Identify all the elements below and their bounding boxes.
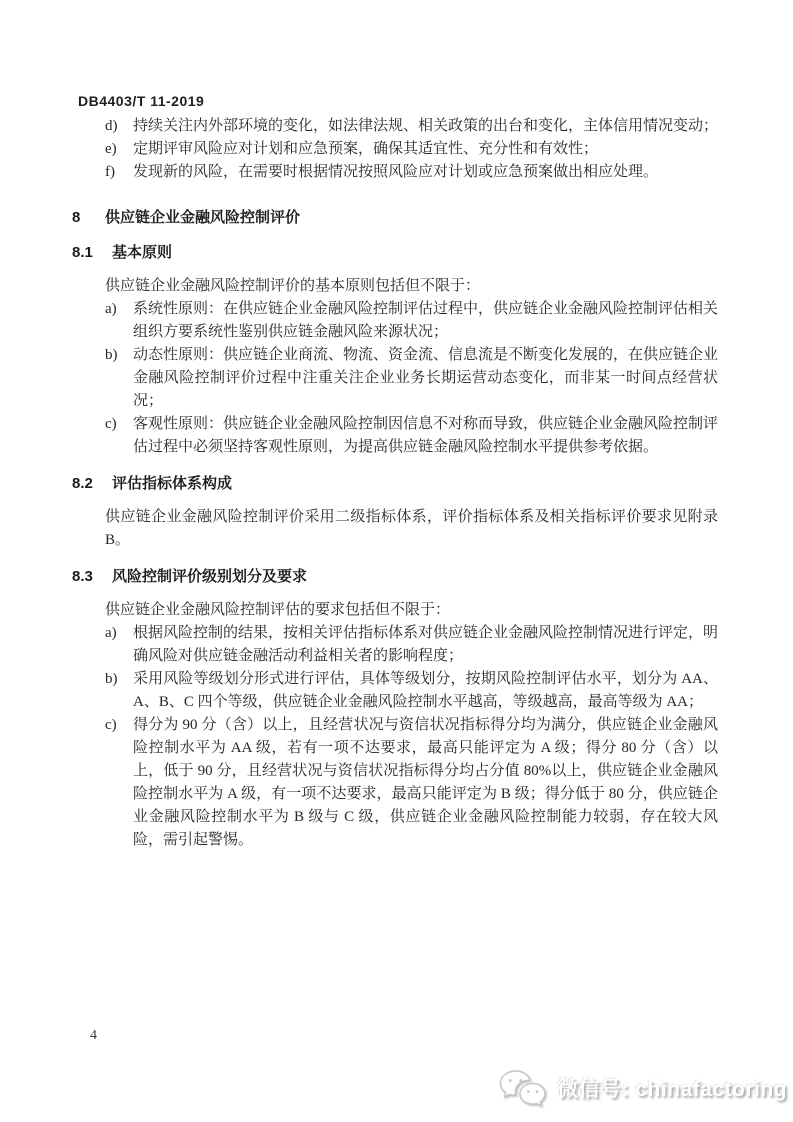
section-8-3-heading: 8.3 风险控制评价级别划分及要求 xyxy=(72,567,718,587)
list-item-marker: e) xyxy=(105,138,133,161)
list-item-marker: c) xyxy=(105,714,133,852)
list-item: c) 客观性原则：供应链企业金融风险控制因信息不对称而导致，供应链企业金融风险控… xyxy=(105,413,718,459)
list-item-text: 客观性原则：供应链企业金融风险控制因信息不对称而导致，供应链企业金融风险控制评估… xyxy=(133,413,718,459)
list-item-marker: d) xyxy=(105,115,133,138)
list-item-marker: f) xyxy=(105,161,133,184)
wechat-account-label: 微信号: chinafactoring xyxy=(557,1073,787,1103)
list-item-text: 系统性原则：在供应链企业金融风险控制评估过程中，供应链企业金融风险控制评估相关组… xyxy=(133,298,718,344)
list-item: f) 发现新的风险，在需要时根据情况按照风险应对计划或应急预案做出相应处理。 xyxy=(105,161,718,184)
section-title: 评估指标体系构成 xyxy=(112,474,232,494)
list-item-marker: b) xyxy=(105,344,133,413)
list-item-text: 动态性原则：供应链企业商流、物流、资金流、信息流是不断变化发展的，在供应链企业金… xyxy=(133,344,718,413)
standard-code-header: DB4403/T 11-2019 xyxy=(78,92,718,110)
list-item: b) 动态性原则：供应链企业商流、物流、资金流、信息流是不断变化发展的，在供应链… xyxy=(105,344,718,413)
list-item-marker: c) xyxy=(105,413,133,459)
section-8-1-list: a) 系统性原则：在供应链企业金融风险控制评估过程中，供应链企业金融风险控制评估… xyxy=(105,298,718,459)
section-8-2-heading: 8.2 评估指标体系构成 xyxy=(72,474,718,494)
section-8-2-body: 供应链企业金融风险控制评价采用二级指标体系，评价指标体系及相关指标评价要求见附录… xyxy=(105,506,718,552)
list-item: e) 定期评审风险应对计划和应急预案，确保其适宜性、充分性和有效性； xyxy=(105,138,718,161)
page-number: 4 xyxy=(90,1028,97,1044)
list-item-text: 得分为 90 分（含）以上，且经营状况与资信状况指标得分均为满分，供应链企业金融… xyxy=(133,714,718,852)
list-item: a) 系统性原则：在供应链企业金融风险控制评估过程中，供应链企业金融风险控制评估… xyxy=(105,298,718,344)
list-item-text: 采用风险等级划分形式进行评估，具体等级划分，按期风险控制评估水平，划分为 AA、… xyxy=(133,668,718,714)
document-page: DB4403/T 11-2019 d) 持续关注内外部环境的变化，如法律法规、相… xyxy=(0,0,793,1122)
wechat-icon xyxy=(498,1068,548,1108)
section-number: 8.1 xyxy=(72,243,112,263)
list-item-marker: b) xyxy=(105,668,133,714)
section-title: 供应链企业金融风险控制评价 xyxy=(105,208,300,228)
top-continuation-list: d) 持续关注内外部环境的变化，如法律法规、相关政策的出台和变化，主体信用情况变… xyxy=(105,115,718,184)
list-item-text: 持续关注内外部环境的变化，如法律法规、相关政策的出台和变化，主体信用情况变动； xyxy=(133,115,718,138)
list-item-marker: a) xyxy=(105,298,133,344)
section-8-3-list: a) 根据风险控制的结果，按相关评估指标体系对供应链企业金融风险控制情况进行评定… xyxy=(105,622,718,852)
document-content: DB4403/T 11-2019 d) 持续关注内外部环境的变化，如法律法规、相… xyxy=(78,92,718,852)
list-item: b) 采用风险等级划分形式进行评估，具体等级划分，按期风险控制评估水平，划分为 … xyxy=(105,668,718,714)
list-item-text: 发现新的风险，在需要时根据情况按照风险应对计划或应急预案做出相应处理。 xyxy=(133,161,718,184)
wechat-watermark: 微信号: chinafactoring xyxy=(498,1068,787,1108)
section-title: 风险控制评价级别划分及要求 xyxy=(112,567,307,587)
section-8-1-heading: 8.1 基本原则 xyxy=(72,243,718,263)
list-item-text: 定期评审风险应对计划和应急预案，确保其适宜性、充分性和有效性； xyxy=(133,138,718,161)
list-item-marker: a) xyxy=(105,622,133,668)
section-8-3-intro: 供应链企业金融风险控制评估的要求包括但不限于： xyxy=(105,599,718,622)
section-number: 8 xyxy=(72,208,105,228)
list-item: a) 根据风险控制的结果，按相关评估指标体系对供应链企业金融风险控制情况进行评定… xyxy=(105,622,718,668)
section-number: 8.2 xyxy=(72,474,112,494)
list-item: d) 持续关注内外部环境的变化，如法律法规、相关政策的出台和变化，主体信用情况变… xyxy=(105,115,718,138)
section-number: 8.3 xyxy=(72,567,112,587)
section-8-heading: 8 供应链企业金融风险控制评价 xyxy=(72,208,718,228)
section-title: 基本原则 xyxy=(112,243,172,263)
list-item-text: 根据风险控制的结果，按相关评估指标体系对供应链企业金融风险控制情况进行评定，明确… xyxy=(133,622,718,668)
section-8-1-intro: 供应链企业金融风险控制评价的基本原则包括但不限于： xyxy=(105,275,718,298)
list-item: c) 得分为 90 分（含）以上，且经营状况与资信状况指标得分均为满分，供应链企… xyxy=(105,714,718,852)
